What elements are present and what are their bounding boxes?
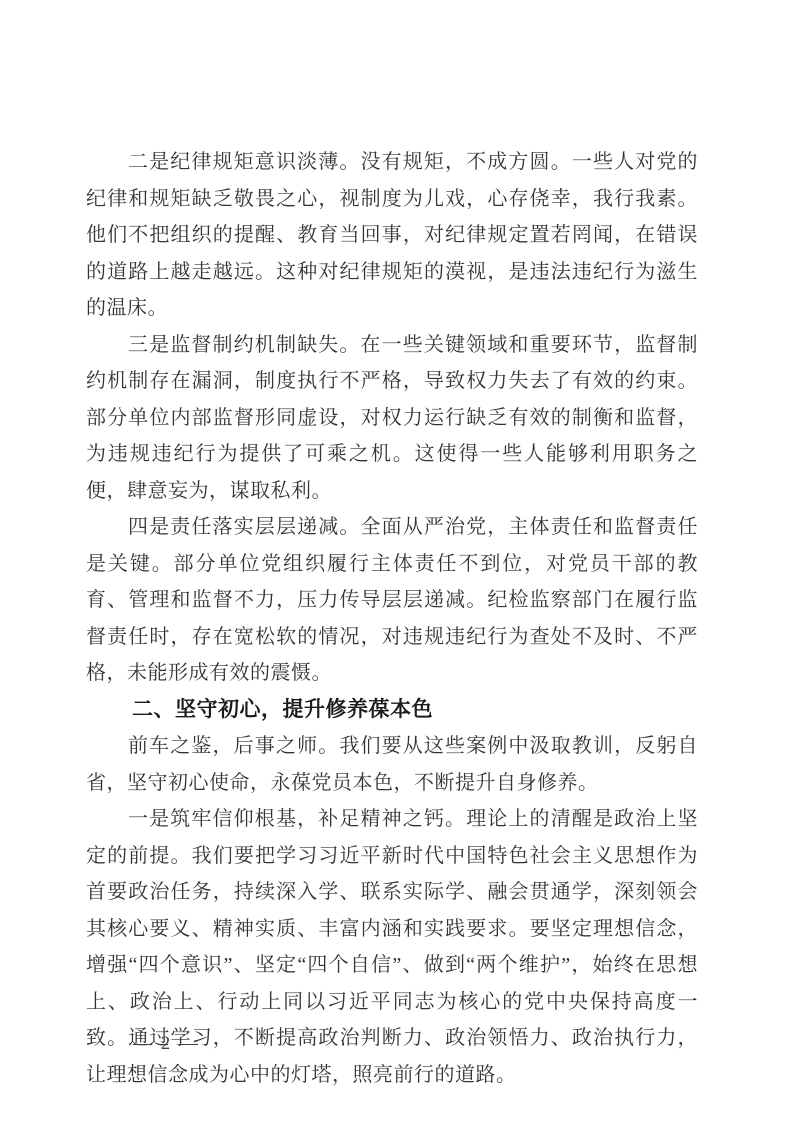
page-number: — 2 — [133, 1031, 200, 1057]
paragraph-responsibility-implementation: 四是责任落实层层递减。全面从严治党，主体责任和监督责任是关键。部分单位党组织履行… [86, 509, 698, 692]
document-page: 二是纪律规矩意识淡薄。没有规矩，不成方圆。一些人对党的纪律和规矩缺乏敬畏之心，视… [0, 0, 793, 1122]
document-body: 二是纪律规矩意识淡薄。没有规矩，不成方圆。一些人对党的纪律和规矩缺乏敬畏之心，视… [86, 144, 698, 1093]
paragraph-lesson-intro: 前车之鉴，后事之师。我们要从这些案例中汲取教训，反躬自省，坚守初心使命，永葆党员… [86, 728, 698, 801]
paragraph-supervision-mechanism: 三是监督制约机制缺失。在一些关键领域和重要环节，监督制约机制存在漏洞，制度执行不… [86, 327, 698, 510]
section-heading: 二、坚守初心，提升修养葆本色 [86, 692, 698, 729]
paragraph-discipline-awareness: 二是纪律规矩意识淡薄。没有规矩，不成方圆。一些人对党的纪律和规矩缺乏敬畏之心，视… [86, 144, 698, 327]
